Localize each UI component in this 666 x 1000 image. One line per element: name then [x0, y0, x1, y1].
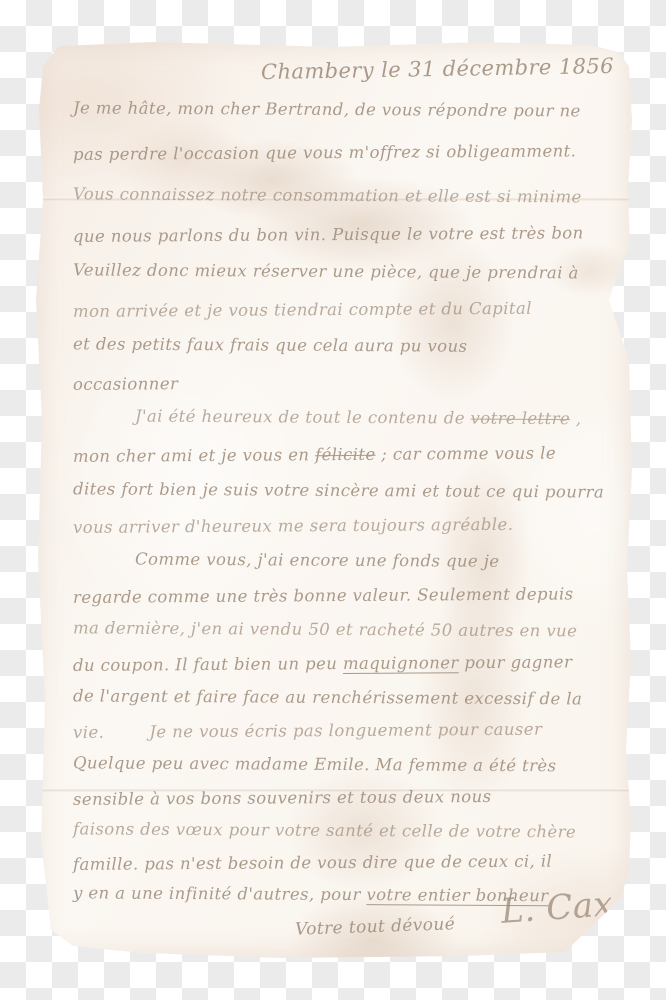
- letter-line: Je me hâte, mon cher Bertrand, de vous r…: [73, 100, 618, 120]
- letter-line: J'ai été heureux de tout le contenu de v…: [73, 408, 666, 428]
- line-text: pour gagner: [459, 652, 573, 672]
- transparency-checkerboard: Chambery le 31 décembre 1856 Je me hâte,…: [0, 0, 666, 1000]
- line-text: y en a une infinité d'autres, pour: [73, 883, 367, 904]
- letter-line: que nous parlons du bon vin. Puisque le …: [73, 225, 618, 245]
- letter-line: occasionner: [73, 373, 618, 393]
- letter-line: sensible à vos bons souvenirs et tous de…: [73, 788, 618, 808]
- letter-line: Quelque peu avec madame Emile. Ma femme …: [73, 755, 618, 775]
- underlined-text: maquignoner: [343, 653, 459, 673]
- letter-line: de l'argent et faire face au renchérisse…: [73, 688, 618, 708]
- letter-line: regarde comme une très bonne valeur. Seu…: [73, 586, 618, 606]
- line-text: du coupon. Il faut bien un peu: [73, 654, 343, 675]
- letter-line: vous arriver d'heureux me sera toujours …: [73, 516, 618, 536]
- letter-paper: Chambery le 31 décembre 1856 Je me hâte,…: [33, 40, 633, 958]
- letter-line: pas perdre l'occasion que vous m'offrez …: [73, 143, 618, 163]
- letter-signature: L. Cax: [500, 884, 615, 932]
- letter-line: Vous connaissez notre consommation et el…: [73, 186, 618, 206]
- letter-line: faisons des vœux pour votre santé et cel…: [73, 821, 618, 841]
- letter-date: Chambery le 31 décembre 1856: [261, 54, 614, 84]
- letter-closing: Votre tout dévoué: [295, 914, 456, 940]
- strikethrough-text: votre lettre: [471, 409, 571, 429]
- letter-line: Veuillez donc mieux réserver une pièce, …: [73, 262, 618, 282]
- letter-line: du coupon. Il faut bien un peu maquignon…: [73, 654, 618, 674]
- letter-line: et des petits faux frais que cela aura p…: [73, 336, 618, 356]
- line-text: ,: [570, 409, 581, 428]
- letter-line: mon cher ami et je vous en félicite ; ca…: [73, 445, 618, 465]
- letter-line: ma dernière, j'en ai vendu 50 et racheté…: [73, 620, 618, 640]
- line-text: mon cher ami et je vous en: [73, 445, 315, 466]
- letter-line: mon arrivée et je vous tiendrai compte e…: [73, 300, 618, 320]
- letter-line: dites fort bien je suis votre sincère am…: [73, 481, 618, 501]
- letter-line: famille. pas n'est besoin de vous dire q…: [73, 853, 618, 873]
- line-text: ; car comme vous le: [376, 444, 557, 464]
- line-text: J'ai été heureux de tout le contenu de: [135, 407, 471, 428]
- letter-line: vie. Je ne vous écris pas longuement pou…: [73, 721, 618, 741]
- letter-line: Comme vous, j'ai encore une fonds que je: [73, 551, 666, 571]
- strikethrough-text: félicite: [315, 445, 376, 464]
